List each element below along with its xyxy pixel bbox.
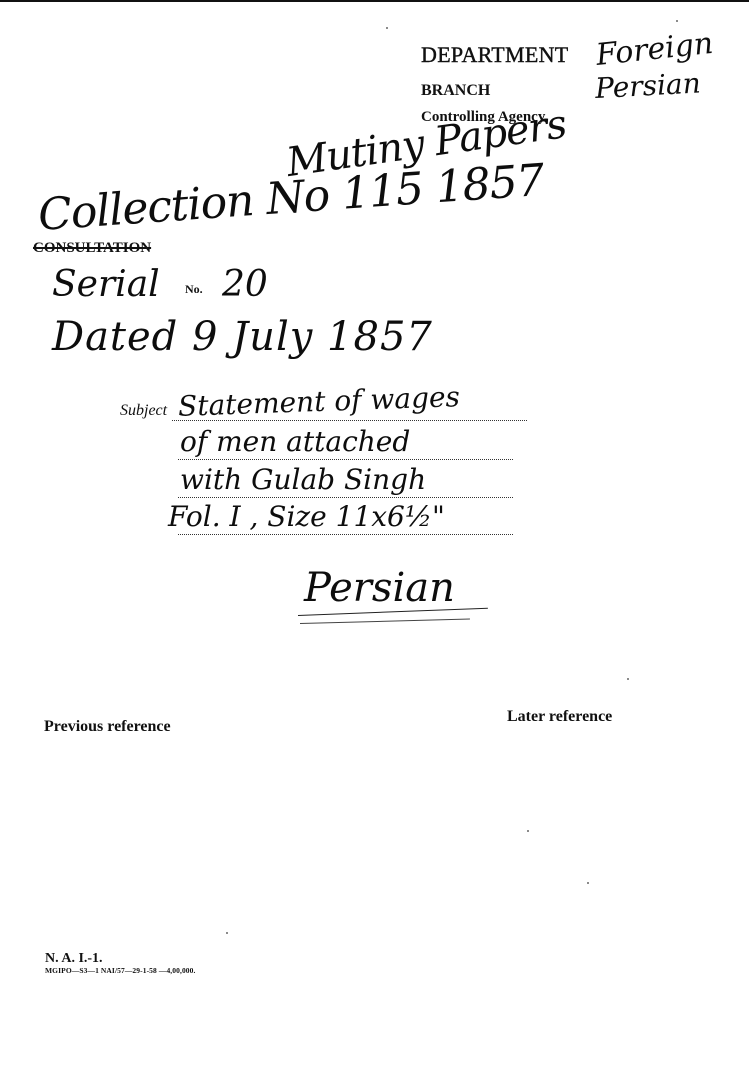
scan-speck [527, 830, 529, 832]
subject-label: Subject [120, 402, 167, 420]
scan-speck [627, 678, 629, 680]
serial-number: 20 [222, 264, 268, 305]
scan-speck [226, 932, 228, 934]
later-reference-label: Later reference [507, 708, 612, 726]
previous-reference-label: Previous reference [44, 718, 171, 736]
department-label: DEPARTMENT [421, 42, 569, 68]
top-border-line [0, 0, 749, 2]
language-note-underline-secondary [300, 619, 470, 624]
scan-speck [587, 882, 589, 884]
language-note: Persian [304, 565, 455, 611]
subject-dotted-line [178, 534, 513, 535]
scan-speck [676, 20, 678, 22]
number-label: No. [185, 282, 203, 297]
subject-line-4: Fol. I , Size 11x6½" [168, 500, 445, 533]
serial-word: Serial [52, 264, 160, 305]
print-code: MGIPO—S3—1 NAI/57—29-1-58 —4,00,000. [45, 966, 195, 975]
dated-entry: Dated 9 July 1857 [52, 314, 433, 360]
subject-line-1: Statement of wages [178, 380, 461, 423]
subject-line-2: of men attached [180, 425, 410, 458]
scan-speck [386, 27, 388, 29]
branch-label: BRANCH [421, 82, 490, 100]
form-code: N. A. I.-1. [45, 951, 103, 967]
subject-dotted-line [178, 459, 513, 460]
consultation-label-struck: CONSULTATION [33, 240, 151, 257]
subject-dotted-line [178, 497, 513, 498]
branch-value: Persian [594, 67, 701, 105]
subject-line-3: with Gulab Singh [180, 463, 426, 496]
